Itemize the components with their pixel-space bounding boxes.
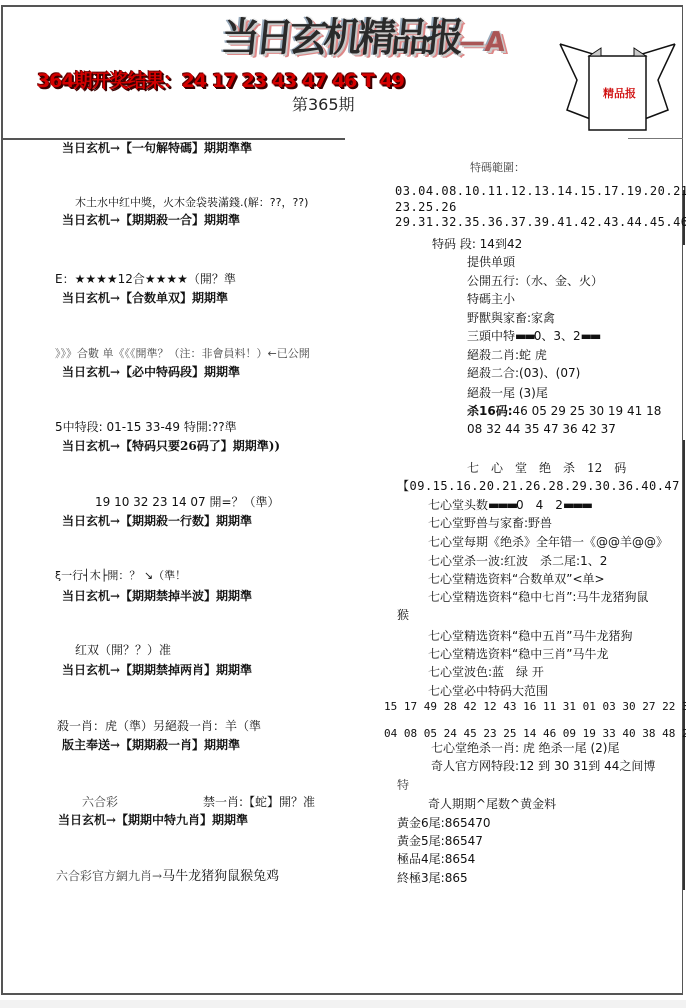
qxt-label: 七心堂精选资料“合数单双” bbox=[428, 572, 572, 586]
qxt-value: 马牛龙猪狗 bbox=[572, 629, 632, 643]
tip-item: 提供单頭 bbox=[467, 255, 515, 269]
qxt-item: 七心堂头数▬▬▬ 0 4 2 ▬▬▬ bbox=[428, 498, 591, 512]
section-detail: 木土水中红中獎，火木金袋裝滿錢.(解：??，??) bbox=[75, 196, 308, 210]
tip-item: 絕殺二合:(03)、(07) bbox=[467, 366, 580, 380]
title-suffix: —A bbox=[458, 27, 507, 58]
gold-item: 極品4尾:8654 bbox=[397, 852, 475, 866]
range-title: 特碼範圍： bbox=[470, 161, 525, 175]
gold-label: 黃金5尾: bbox=[397, 834, 445, 848]
qxt-item: 七心堂必中特码大范围 bbox=[428, 684, 548, 698]
segment: 特码 段: 14到42 bbox=[432, 237, 522, 251]
divider bbox=[628, 138, 683, 139]
qiren-segment-cont: 特 bbox=[397, 778, 409, 792]
qxt-value: 红波 杀二尾:1、2 bbox=[504, 554, 607, 568]
qxt-kill-one: 七心堂绝杀一肖: 虎 绝杀一尾 (2)尾 bbox=[431, 741, 620, 755]
kill16: 杀16码:46 05 29 25 30 19 41 18 bbox=[467, 404, 661, 418]
qxt-value: 蓝 绿 开 bbox=[492, 665, 544, 679]
tip-item: 絕殺二肖:蛇 虎 bbox=[467, 348, 547, 362]
range-line: 29.31.32.35.36.37.39.41.42.43.44.45.46.4… bbox=[395, 215, 686, 229]
qxt-value: <单> bbox=[572, 572, 604, 586]
qxt-label: 七心堂野兽与家畜: bbox=[428, 516, 528, 530]
bar-decoration: ▬▬ bbox=[581, 329, 600, 343]
range-line: 23.25.26 bbox=[395, 200, 457, 214]
qxt-title: 七 心 堂 绝 杀 12 码 bbox=[467, 461, 626, 475]
footer-value: 马牛龙猪狗鼠猴兔鸡 bbox=[162, 869, 279, 884]
last-results-label: 364期开奖结果： bbox=[37, 70, 182, 92]
qxt-item: 七心堂每期《绝杀》全年错一《@@羊@@》 bbox=[428, 535, 668, 549]
section-heading: 当日玄机→【合数单双】期期準 bbox=[62, 291, 228, 305]
bar-decoration: ▬▬ bbox=[515, 329, 534, 343]
qxt-label: 七心堂精选资料“稳中五肖” bbox=[428, 629, 572, 643]
section-detail: 》》》合數 单《《《開準？（注：非會員料！）←已公開 bbox=[55, 347, 310, 361]
section-detail: 红双（開？？）准 bbox=[75, 643, 171, 657]
gold-item: 終極3尾:865 bbox=[397, 871, 468, 885]
gold-label: 終極3尾: bbox=[397, 871, 445, 885]
bar-decoration: ▬▬▬ bbox=[563, 498, 591, 512]
bar-decoration: ▬▬▬ bbox=[488, 498, 516, 512]
kill16-values: 46 05 29 25 30 19 41 18 bbox=[513, 404, 662, 418]
gold-value: 8654 bbox=[445, 852, 476, 866]
tip-value: 0、3、2 bbox=[534, 329, 581, 343]
qiren-segment: 奇人官方网特段:12 到 30 31到 44之间博 bbox=[431, 759, 655, 773]
gold-label: 黃金6尾: bbox=[397, 816, 445, 830]
qxt-label: 七心堂精选资料“稳中七肖”: bbox=[428, 590, 576, 604]
qxt-label: 七心堂头数 bbox=[428, 498, 488, 512]
qxt-label: 七心堂每期《绝杀》全年错一 bbox=[428, 535, 584, 549]
divider bbox=[683, 440, 685, 890]
qxt-value: 野兽 bbox=[528, 516, 552, 530]
footer-label: 六合彩官方網九肖→ bbox=[56, 869, 162, 883]
section-heading: 当日玄机→【期期禁掉半波】期期準 bbox=[62, 589, 252, 603]
last-results: 364期开奖结果：24 17 23 43 47 46 T 49 bbox=[37, 66, 404, 93]
section-detail: ξ一行┤木├開：？ ↘（準！ bbox=[55, 569, 186, 583]
badge-label: 精品报 bbox=[603, 85, 636, 101]
section-heading: 当日玄机→【期期禁掉两肖】期期準 bbox=[62, 663, 252, 677]
gold-label: 極品4尾: bbox=[397, 852, 445, 866]
kill16-values: 08 32 44 35 47 36 42 37 bbox=[467, 422, 616, 436]
qxt-kill12: 【09.15.16.20.21.26.28.29.30.36.40.47 bbox=[397, 479, 680, 493]
range-line: 03.04.08.10.11.12.13.14.15.17.19.20.21.2… bbox=[395, 184, 686, 198]
divider bbox=[1, 138, 345, 140]
title-text: 当日玄机精品报 bbox=[219, 14, 462, 60]
section-detail: 5中特段: 01-15 33-49 特開:??準 bbox=[55, 420, 237, 434]
tip-item: 特碼主小 bbox=[467, 292, 515, 306]
qxt-item: 七心堂精选资料“稳中七肖”:马牛龙猪狗鼠 bbox=[428, 590, 649, 604]
tip-item: 三頭中特▬▬0、3、2▬▬ bbox=[467, 329, 599, 343]
tip-label: 三頭中特 bbox=[467, 329, 515, 343]
big-range-line: 04 08 05 24 45 23 25 14 46 09 19 33 40 3… bbox=[384, 727, 686, 741]
section-detail: E：★★★★12合★★★★（開？準 bbox=[55, 272, 236, 286]
qxt-item: 七心堂杀一波:红波 杀二尾:1、2 bbox=[428, 554, 607, 568]
qxt-value: 马牛龙 bbox=[572, 647, 608, 661]
last-results-numbers: 24 17 23 43 47 46 T 49 bbox=[182, 70, 404, 92]
gold-item: 黃金5尾:86547 bbox=[397, 834, 483, 848]
qxt-item: 七心堂精选资料“稳中三肖”马牛龙 bbox=[428, 647, 608, 661]
tip-item: 絕殺一尾 (3)尾 bbox=[467, 386, 548, 400]
section-detail: 禁一肖:【蛇】開？准 bbox=[203, 795, 315, 809]
qxt-value: 马牛龙猪狗鼠 bbox=[576, 590, 648, 604]
kill16-label: 杀16码: bbox=[467, 404, 513, 418]
section-heading: 当日玄机→【期期殺一行数】期期準 bbox=[62, 514, 252, 528]
section-heading: 当日玄机→【期期中特九肖】期期準 bbox=[58, 813, 248, 827]
section-detail: 19 10 32 23 14 07 開=？（準） bbox=[95, 495, 280, 509]
bottom-strip bbox=[0, 1000, 686, 1008]
qxt-label: 七心堂精选资料“稳中三肖” bbox=[428, 647, 572, 661]
footer-line: 六合彩官方網九肖→马牛龙猪狗鼠猴兔鸡 bbox=[56, 869, 279, 884]
qxt-label: 七心堂杀一波: bbox=[428, 554, 504, 568]
section-heading: 版主奉送→【期期殺一肖】期期準 bbox=[62, 738, 240, 752]
current-period: 第365期 bbox=[292, 92, 355, 115]
section-detail: 六合彩 bbox=[82, 795, 118, 809]
qxt-label: 七心堂波色: bbox=[428, 665, 492, 679]
tip-item: 公開五行:（水、金、火） bbox=[467, 274, 603, 288]
section-heading: 当日玄机→【期期殺一合】期期準 bbox=[62, 213, 240, 227]
qxt-item: 七心堂精选资料“稳中五肖”马牛龙猪狗 bbox=[428, 629, 632, 643]
gold-item: 黃金6尾:865470 bbox=[397, 816, 491, 830]
gold-value: 865 bbox=[445, 871, 468, 885]
tip-item: 野獸與家畜:家禽 bbox=[467, 311, 555, 325]
section-detail: 殺一肖：虎（準）另絕殺一肖：羊（準 bbox=[57, 719, 261, 733]
gold-value: 865470 bbox=[445, 816, 491, 830]
section-heading: 当日玄机→【一句解特碼】期期準準 bbox=[62, 141, 252, 155]
big-range-line: 15 17 49 28 42 12 43 16 11 31 01 03 30 2… bbox=[384, 700, 686, 714]
qxt-item: 七心堂精选资料“合数单双”<单> bbox=[428, 572, 605, 586]
qxt-item: 七心堂野兽与家畜:野兽 bbox=[428, 516, 552, 530]
gold-value: 86547 bbox=[445, 834, 483, 848]
qxt-value: 0 4 2 bbox=[516, 498, 563, 512]
qxt-item: 七心堂波色:蓝 绿 开 bbox=[428, 665, 544, 679]
page-title: 当日玄机精品报—A bbox=[219, 5, 509, 63]
gold-title: 奇人期期^尾数^黄金料 bbox=[428, 797, 556, 811]
qxt-item-cont: 猴 bbox=[397, 608, 409, 622]
section-heading: 当日玄机→【特码只要26码了】期期準)) bbox=[62, 439, 280, 453]
qxt-value: 《@@羊@@》 bbox=[584, 535, 668, 549]
section-heading: 当日玄机→【必中特码段】期期準 bbox=[62, 365, 240, 379]
